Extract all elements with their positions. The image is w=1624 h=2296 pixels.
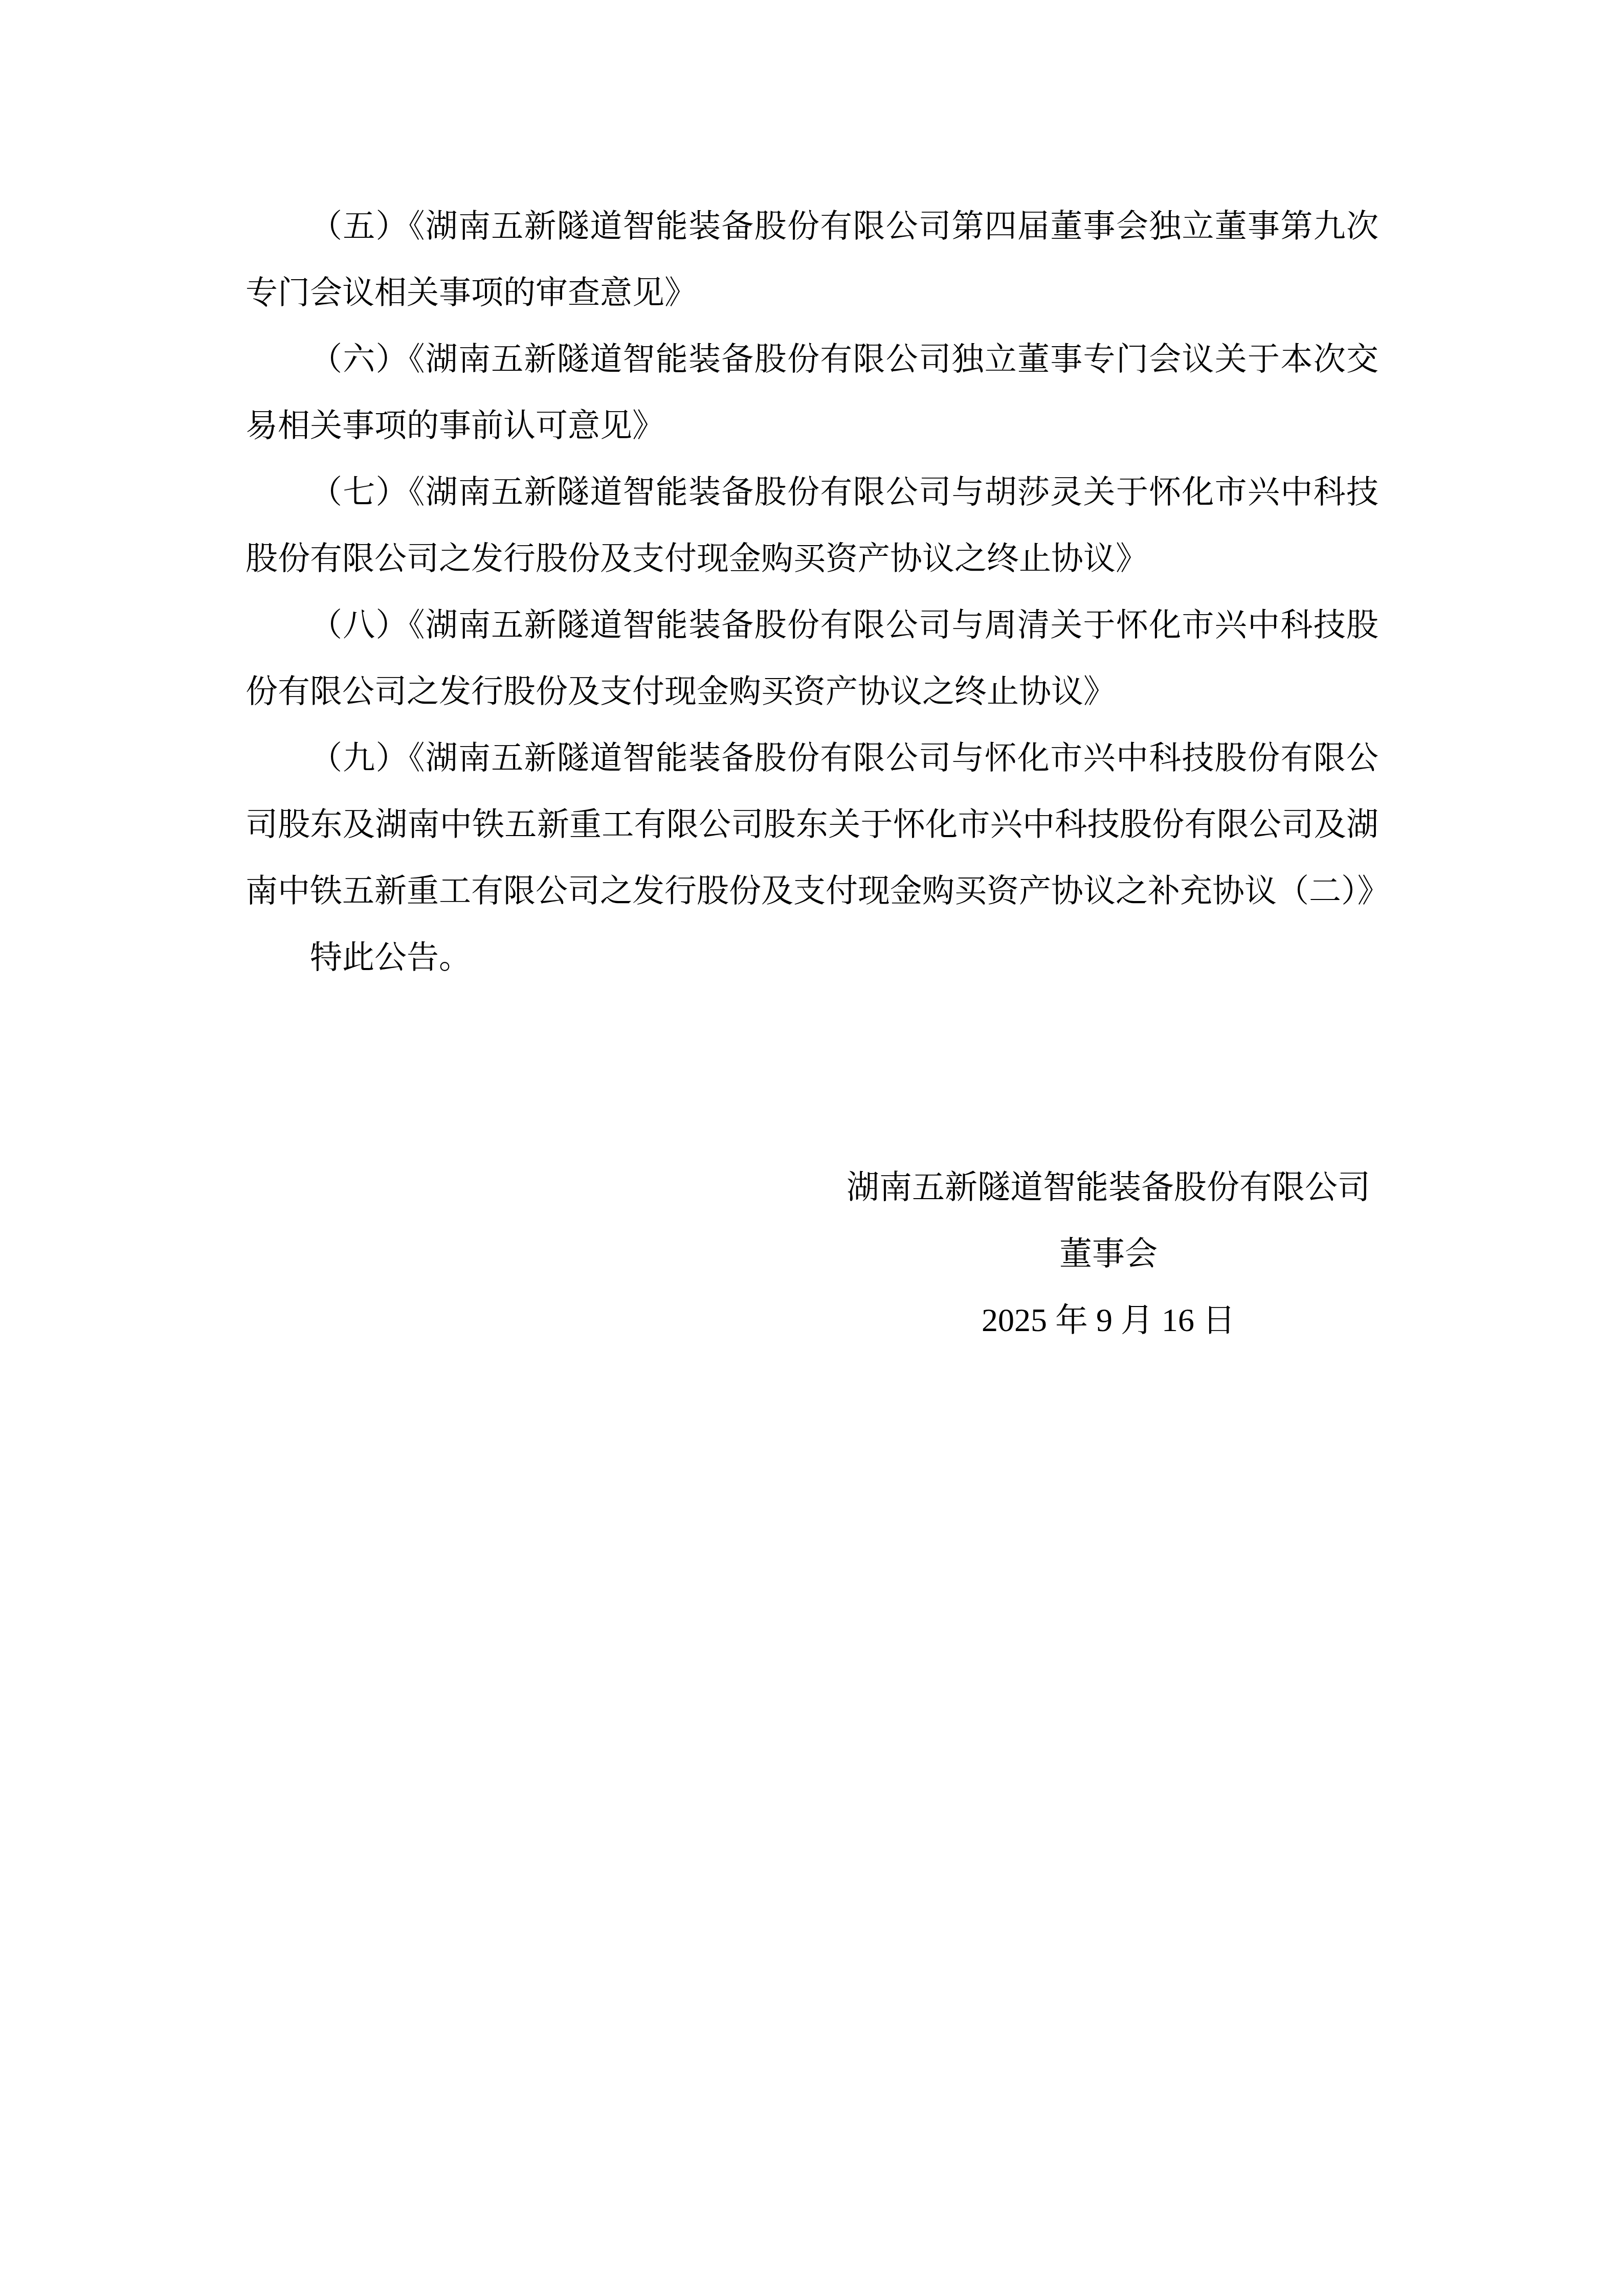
announcement-paragraph-item-8: （八）《湖南五新隧道智能装备股份有限公司与周清关于怀化市兴中科技股份有限公司之发… — [246, 592, 1378, 725]
signature-block: 湖南五新隧道智能装备股份有限公司 董事会 2025 年 9 月 16 日 — [838, 1154, 1378, 1354]
signature-board: 董事会 — [838, 1221, 1378, 1287]
announcement-paragraph-item-6: （六）《湖南五新隧道智能装备股份有限公司独立董事专门会议关于本次交易相关事项的事… — [246, 326, 1378, 459]
announcement-body: （五）《湖南五新隧道智能装备股份有限公司第四届董事会独立董事第九次专门会议相关事… — [246, 193, 1378, 991]
announcement-paragraph-item-9: （九）《湖南五新隧道智能装备股份有限公司与怀化市兴中科技股份有限公司股东及湖南中… — [246, 725, 1378, 924]
closing-statement: 特此公告。 — [246, 924, 1378, 991]
signature-company: 湖南五新隧道智能装备股份有限公司 — [838, 1154, 1378, 1221]
announcement-paragraph-item-5: （五）《湖南五新隧道智能装备股份有限公司第四届董事会独立董事第九次专门会议相关事… — [246, 193, 1378, 326]
signature-date: 2025 年 9 月 16 日 — [838, 1287, 1378, 1354]
announcement-paragraph-item-7: （七）《湖南五新隧道智能装备股份有限公司与胡莎灵关于怀化市兴中科技股份有限公司之… — [246, 459, 1378, 592]
document-page: （五）《湖南五新隧道智能装备股份有限公司第四届董事会独立董事第九次专门会议相关事… — [0, 0, 1624, 2296]
